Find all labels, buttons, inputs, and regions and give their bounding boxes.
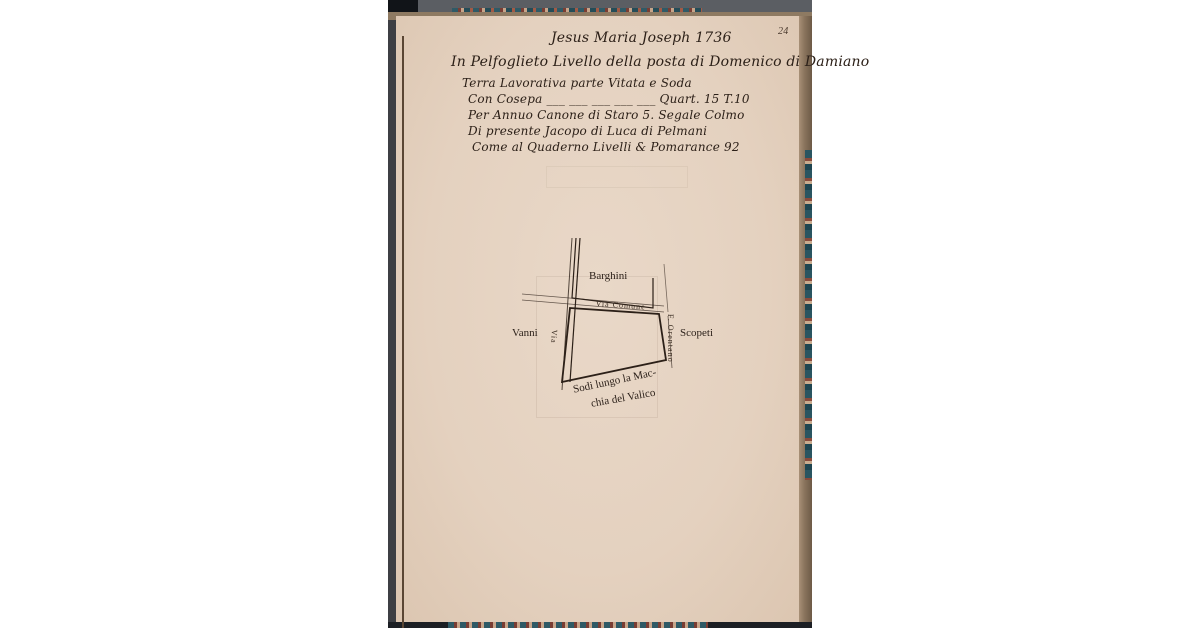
marbled-cover-bottom bbox=[448, 622, 708, 628]
map-label-west: Vanni bbox=[512, 327, 538, 339]
manuscript-page: 24 Jesus Maria Joseph 1736 In Pelfogliet… bbox=[396, 16, 799, 622]
land-parcel-map bbox=[396, 16, 799, 622]
book-scan: 24 Jesus Maria Joseph 1736 In Pelfogliet… bbox=[388, 0, 812, 628]
marbled-cover-side bbox=[805, 150, 812, 480]
map-label-east: Scopeti bbox=[680, 327, 713, 339]
map-label-north: Barghini bbox=[589, 270, 627, 282]
road-label-right: F. Orentano bbox=[666, 314, 675, 363]
road-label-left: Via bbox=[549, 329, 559, 344]
